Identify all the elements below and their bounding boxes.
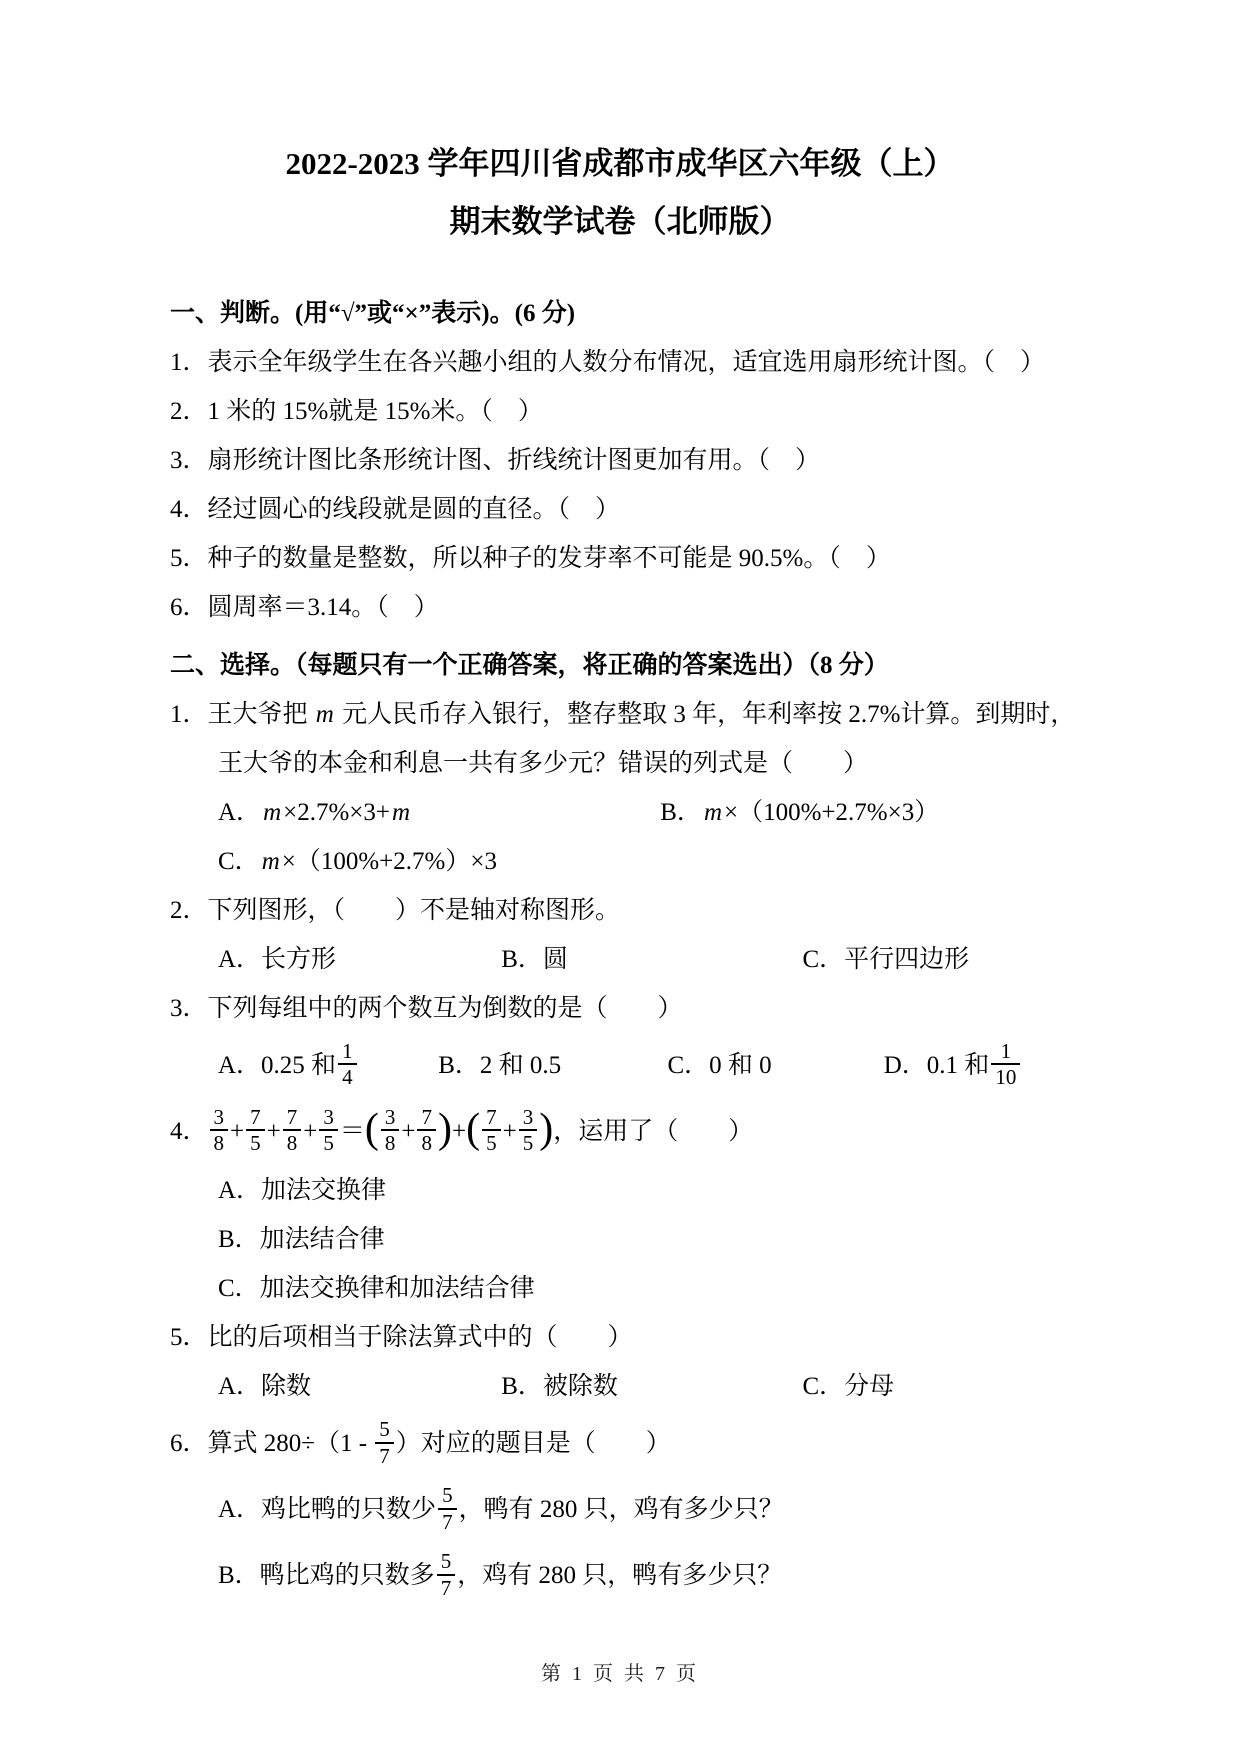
- choice-q5-option-b: B．被除数: [501, 1362, 796, 1411]
- choice-q5-options-row: A．除数 B．被除数 C．分母: [170, 1362, 1070, 1411]
- variable-m: m: [702, 799, 724, 826]
- choice-q5-option-a: A．除数: [218, 1362, 495, 1411]
- fraction-7-8: 78: [417, 1106, 436, 1154]
- exam-document-page: 2022-2023 学年四川省成都市成华区六年级（上） 期末数学试卷（北师版） …: [0, 0, 1240, 1753]
- choice-q2-option-a: A．长方形: [218, 935, 495, 984]
- left-paren: (: [365, 1106, 379, 1152]
- choice-q2-option-b: B．圆: [501, 935, 796, 984]
- choice-q1-line2: 王大爷的本金和利息一共有多少元？错误的列式是（ ）: [170, 739, 1070, 788]
- fraction-5-7: 57: [437, 1550, 456, 1598]
- page-title-line2: 期末数学试卷（北师版）: [170, 204, 1070, 240]
- variable-m: m: [260, 848, 282, 875]
- judge-item-1: 1．表示全年级学生在各兴趣小组的人数分布情况，适宜选用扇形统计图。（ ）: [170, 338, 1070, 387]
- choice-q3-option-d: D．0.1 和110: [884, 1033, 1023, 1099]
- choice-q1-option-b: B．m×（100%+2.7%×3）: [660, 788, 939, 837]
- choice-section-header: 二、选择。（每题只有一个正确答案，将正确的答案选出）（8 分）: [170, 642, 1070, 690]
- page-number: 第 1 页 共 7 页: [170, 1659, 1070, 1689]
- choice-q4-option-c: C．加法交换律和加法结合律: [170, 1264, 1070, 1313]
- fraction-7-5: 75: [246, 1106, 265, 1154]
- choice-q4-option-b: B．加法结合律: [170, 1215, 1070, 1264]
- choice-q4-option-a: A．加法交换律: [170, 1166, 1070, 1215]
- choice-q3-options-row: A．0.25 和14 B．2 和 0.5 C．0 和 0 D．0.1 和110: [170, 1033, 1070, 1099]
- choice-q3-option-b: B．2 和 0.5: [438, 1033, 661, 1099]
- judge-item-5: 5．种子的数量是整数，所以种子的发芽率不可能是 90.5%。（ ）: [170, 534, 1070, 583]
- fraction-3-8: 38: [381, 1106, 400, 1154]
- choice-q6-text: 6．算式 280÷（1 - 57）对应的题目是（ ）: [170, 1411, 1070, 1477]
- page-title-line1: 2022-2023 学年四川省成都市成华区六年级（上）: [170, 146, 1070, 182]
- choice-q3-option-a: A．0.25 和14: [218, 1033, 432, 1099]
- variable-m: m: [261, 799, 283, 826]
- judge-item-4: 4．经过圆心的线段就是圆的直径。（ ）: [170, 485, 1070, 534]
- choice-q1-option-c: C．m×（100%+2.7%）×3: [170, 837, 1070, 886]
- choice-q5-option-c: C．分母: [803, 1362, 895, 1411]
- q4-label: 4．: [170, 1118, 208, 1145]
- choice-q1-line1: 1．王大爷把 m 元人民币存入银行，整存整取 3 年，年利率按 2.7%计算。到…: [170, 690, 1070, 739]
- choice-q1-options-row: A．m×2.7%×3+m B．m×（100%+2.7%×3）: [170, 788, 1070, 837]
- choice-q3-option-c: C．0 和 0: [668, 1033, 878, 1099]
- judge-item-2: 2．1 米的 15%就是 15%米。（ ）: [170, 387, 1070, 436]
- choice-q2-options-row: A．长方形 B．圆 C．平行四边形: [170, 935, 1070, 984]
- judge-item-3: 3．扇形统计图比条形统计图、折线统计图更加有用。（ ）: [170, 436, 1070, 485]
- fraction-1-4: 14: [338, 1040, 357, 1088]
- judge-item-6: 6．圆周率＝3.14。（ ）: [170, 583, 1070, 632]
- fraction-1-10: 110: [991, 1040, 1020, 1088]
- fraction-3-8: 38: [210, 1106, 229, 1154]
- choice-q2-text: 2．下列图形，（ ）不是轴对称图形。: [170, 886, 1070, 935]
- choice-q6-option-a: A．鸡比鸭的只数少57，鸭有 280 只，鸡有多少只？: [170, 1477, 1070, 1543]
- fraction-3-5: 35: [319, 1106, 338, 1154]
- q1-text-a: 1．王大爷把: [170, 701, 314, 728]
- fraction-7-8: 78: [283, 1106, 302, 1154]
- fraction-3-5: 35: [519, 1106, 538, 1154]
- fraction-7-5: 75: [482, 1106, 501, 1154]
- fraction-5-7: 57: [438, 1484, 457, 1532]
- right-paren: ): [539, 1106, 553, 1152]
- q4-tail: ，运用了（ ）: [553, 1118, 753, 1145]
- choice-q1-option-a: A．m×2.7%×3+m: [218, 788, 654, 837]
- choice-q6-option-b: B．鸭比鸡的只数多57，鸡有 280 只，鸭有多少只？: [170, 1543, 1070, 1609]
- choice-q5-text: 5．比的后项相当于除法算式中的（ ）: [170, 1313, 1070, 1362]
- right-paren: ): [438, 1106, 452, 1152]
- fraction-5-7: 57: [375, 1418, 394, 1466]
- variable-m: m: [390, 799, 412, 826]
- left-paren: (: [466, 1106, 480, 1152]
- choice-q3-text: 3．下列每组中的两个数互为倒数的是（ ）: [170, 984, 1070, 1033]
- choice-q4-formula: 4．38+75+78+35＝(38+78)+(75+35)，运用了（ ）: [170, 1099, 1070, 1166]
- q1-text-b: 元人民币存入银行，整存整取 3 年，年利率按 2.7%计算。到期时，: [336, 701, 1076, 728]
- equals-sign: ＝: [340, 1118, 365, 1145]
- judge-section-header: 一、判断。(用“√”或“×”表示)。(6 分): [170, 290, 1070, 338]
- variable-m: m: [314, 701, 336, 728]
- choice-q2-option-c: C．平行四边形: [803, 935, 970, 984]
